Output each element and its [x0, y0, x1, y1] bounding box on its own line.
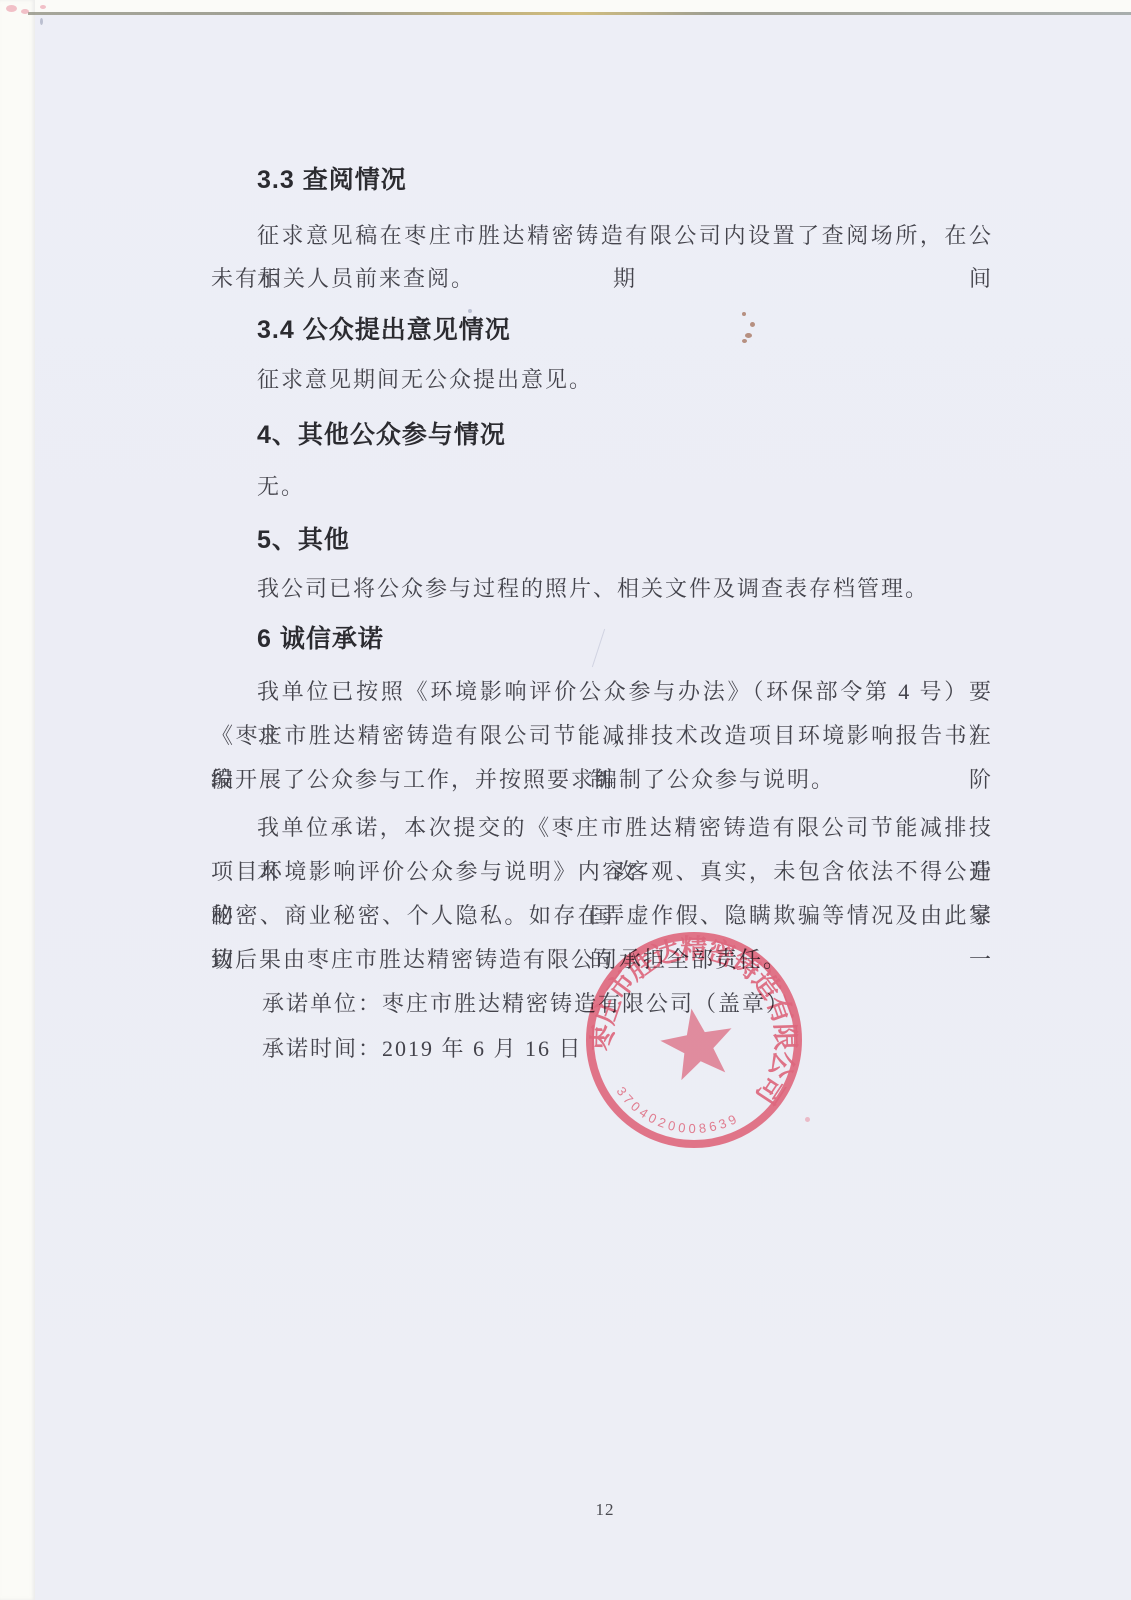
section-heading-6: 6 诚信承诺 — [211, 624, 1039, 654]
corner-smudge — [40, 5, 46, 9]
company-seal-stamp: 枣庄市胜达精密铸造有限公司 3704020008639 — [574, 920, 814, 1160]
ink-speck — [750, 322, 755, 327]
commitment-time-label: 承诺时间： — [262, 1036, 382, 1061]
section-heading-4: 4、其他公众参与情况 — [211, 420, 1039, 450]
paragraph-4-line-1: 无。 — [211, 465, 993, 508]
page-number: 12 — [583, 1500, 627, 1520]
ink-speck — [805, 1117, 810, 1122]
seal-star-icon — [656, 1002, 739, 1082]
paragraph-3-3-line-1: 征求意见稿在枣庄市胜达精密铸造有限公司内设置了查阅场所，在公示期间 — [211, 214, 993, 257]
scanned-document-page: { "doc": { "h33": "3.3 查阅情况", "p33": { "… — [0, 0, 1131, 1600]
paragraph-5: 我公司已将公众参与过程的照片、相关文件及调查表存档管理。 — [211, 567, 993, 610]
corner-smudge — [40, 18, 43, 25]
commitment-unit-label: 承诺单位： — [262, 991, 382, 1016]
ink-speck — [745, 333, 752, 338]
corner-smudge — [21, 9, 29, 14]
ink-speck — [742, 312, 746, 316]
corner-smudge — [6, 5, 17, 12]
paragraph-6-1-line-2: 《枣庄市胜达精密铸造有限公司节能减排技术改造项目环境影响报告书》编制阶 — [211, 714, 993, 758]
section-heading-3-3: 3.3 查阅情况 — [211, 165, 1039, 195]
paragraph-6-2-line-1: 我单位承诺，本次提交的《枣庄市胜达精密铸造有限公司节能减排技术改造 — [211, 806, 993, 850]
paragraph-3-4-line-1: 征求意见期间无公众提出意见。 — [211, 358, 993, 401]
paragraph-6-1: 我单位已按照《环境影响评价公众参与办法》（环保部令第 4 号）要求，在 《枣庄市… — [211, 670, 993, 802]
dust-speck — [468, 309, 472, 313]
ink-speck — [742, 339, 747, 343]
paragraph-4: 无。 — [211, 465, 993, 508]
paragraph-6-1-line-1: 我单位已按照《环境影响评价公众参与办法》（环保部令第 4 号）要求，在 — [211, 670, 993, 714]
paragraph-3-3: 征求意见稿在枣庄市胜达精密铸造有限公司内设置了查阅场所，在公示期间 未有相关人员… — [211, 214, 993, 300]
commitment-time-value: 2019 年 6 月 16 日 — [382, 1036, 583, 1061]
scanner-edge-strip — [0, 0, 35, 1600]
section-heading-5: 5、其他 — [211, 525, 1039, 555]
paragraph-6-2-line-2: 项目环境影响评价公众参与说明》内容客观、真实，未包含依法不得公开的国家 — [211, 850, 993, 894]
paragraph-5-line-1: 我公司已将公众参与过程的照片、相关文件及调查表存档管理。 — [211, 567, 993, 610]
section-heading-3-4: 3.4 公众提出意见情况 — [211, 315, 1039, 345]
paragraph-3-4: 征求意见期间无公众提出意见。 — [211, 358, 993, 401]
